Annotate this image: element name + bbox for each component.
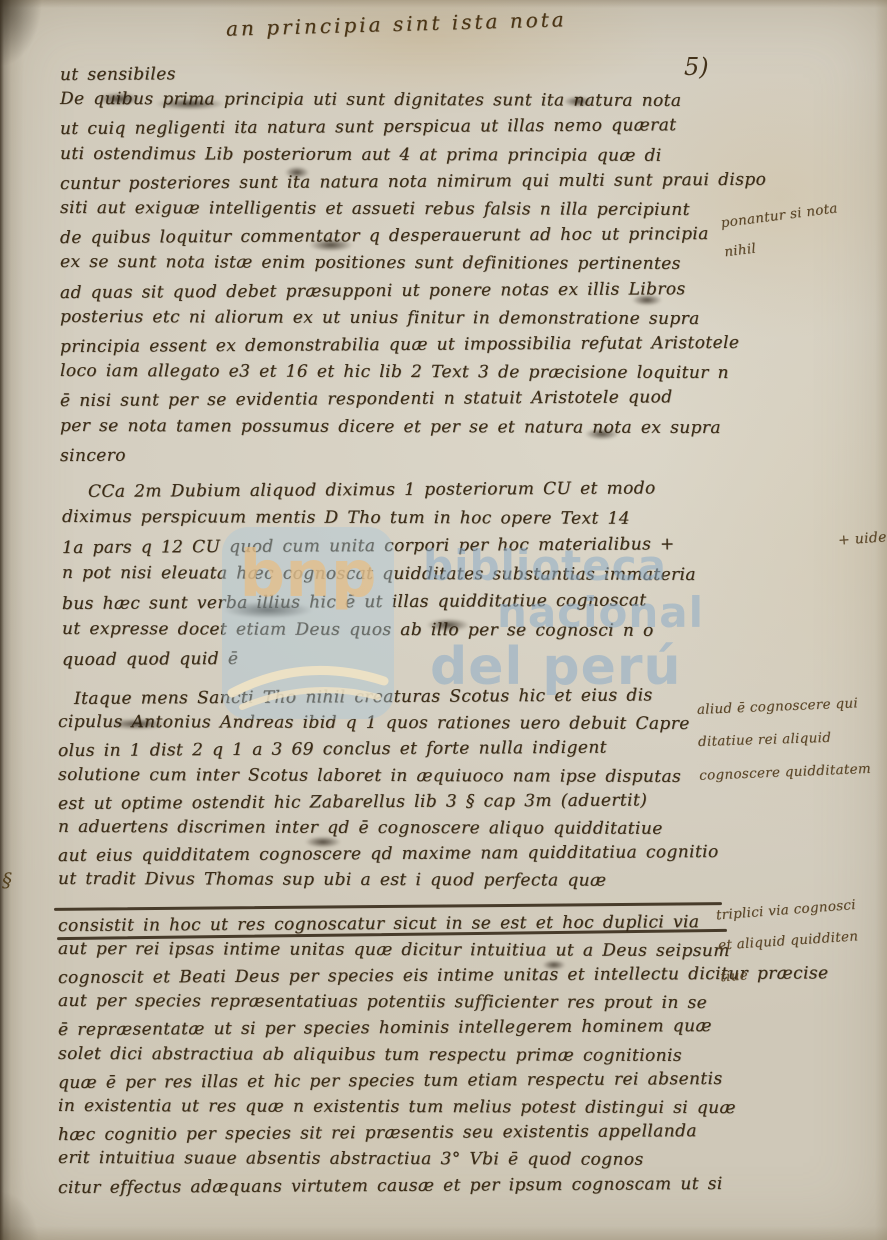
- margin-note-top: ponantur si notanihil: [719, 188, 885, 267]
- manuscript-line: in existentia ut res quæ n existentis tu…: [58, 1093, 728, 1121]
- ink-blot: [626, 292, 668, 308]
- ink-blot: [538, 958, 570, 972]
- manuscript-line: aut per species repræsentatiuas potentii…: [58, 988, 728, 1016]
- ink-blot: [578, 426, 626, 442]
- margin-note-middle: aliud ē cognoscere quiditatiue rei aliqu…: [696, 687, 887, 793]
- manuscript-line: uti ostendimus Lib posteriorum aut 4 at …: [60, 141, 725, 170]
- manuscript-line: loco iam allegato e3 et 16 et hic lib 2 …: [60, 358, 725, 387]
- manuscript-line: de quibus loquitur commentator q despera…: [60, 221, 725, 252]
- manuscript-line: diximus perspicuum mentis D Tho tum in h…: [62, 503, 722, 533]
- manuscript-line: n pot nisi eleuata hæc cognoscat quiddit…: [62, 559, 722, 589]
- manuscript-line: ad quas sit quod debet præsupponi ut pon…: [60, 276, 725, 307]
- manuscript-line: aut eius quidditatem cognoscere qd maxim…: [58, 839, 728, 869]
- manuscript-line: 1a pars q 12 CU quod cum unita corpori p…: [62, 530, 722, 562]
- ink-blot: [88, 90, 150, 108]
- ink-blot: [418, 616, 478, 634]
- manuscript-line: n aduertens discrimen inter qd ē cognosc…: [58, 814, 728, 842]
- manuscript-line: per se nota tamen possumus dicere et per…: [60, 413, 725, 442]
- manuscript-line: solet dici abstractiua ab aliquibus tum …: [58, 1041, 728, 1069]
- ink-blot: [558, 94, 598, 109]
- manuscript-line: Itaque mens Sancti Tho nihil creaturas S…: [58, 682, 728, 712]
- manuscript-line: aut per rei ipsas intime unitas quæ dici…: [58, 936, 728, 964]
- margin-note-vide: + uide: [838, 529, 887, 548]
- ink-blot: [96, 716, 178, 732]
- manuscript-line: CCa 2m Dubium aliquod diximus 1 posterio…: [62, 474, 722, 506]
- manuscript-line: solutione cum inter Scotus laboret in æq…: [58, 762, 728, 790]
- manuscript-line: quoad quod quid ē: [62, 642, 722, 674]
- ink-blot: [142, 96, 238, 112]
- manuscript-line: ē repræsentatæ ut si per species hominis…: [58, 1013, 728, 1043]
- margin-note-line: cognoscere quidditatem: [699, 752, 887, 793]
- manuscript-line: sincero: [60, 439, 725, 470]
- manuscript-line: ut sensibiles: [60, 58, 725, 89]
- manuscript-line: ut expresse docet etiam Deus quos ab ill…: [62, 615, 722, 645]
- manuscript-line: ex se sunt nota istæ enim positiones sun…: [60, 249, 725, 278]
- manuscript-line: citur effectus adæquans virtutem causæ e…: [58, 1171, 728, 1201]
- manuscript-line: quæ ē per res illas et hic per species t…: [58, 1066, 728, 1096]
- main-text-block-2: CCa 2m Dubium aliquod diximus 1 posterio…: [62, 476, 722, 672]
- manuscript-line: posterius etc ni aliorum ex ut unius fin…: [60, 304, 725, 333]
- manuscript-line: olus in 1 dist 2 q 1 a 3 69 conclus et f…: [58, 734, 728, 764]
- manuscript-line: siti aut exiguæ intelligentis et assueti…: [60, 195, 725, 224]
- manuscript-line: cognoscit et Beati Deus per species eis …: [58, 961, 728, 991]
- left-margin-mark: §: [2, 868, 12, 892]
- manuscript-line: ē nisi sunt per se evidentia respondenti…: [60, 384, 725, 415]
- main-text-block-1: ut sensibilesDe quibus prima principia u…: [60, 60, 725, 468]
- ink-blot: [300, 236, 362, 254]
- ink-blot: [280, 164, 314, 181]
- manuscript-line: ut tradit Divus Thomas sup ubi a est i q…: [58, 866, 728, 894]
- ink-blot: [206, 598, 330, 622]
- ink-blot: [298, 834, 348, 850]
- main-text-block-3: Itaque mens Sancti Tho nihil creaturas S…: [58, 684, 728, 1199]
- manuscript-line: cuntur posteriores sunt ita natura nota …: [60, 167, 725, 198]
- manuscript-page-scan: an principia sint ista nota 5) § ut sens…: [0, 0, 887, 1240]
- manuscript-line: est ut optime ostendit hic Zabarellus li…: [58, 787, 728, 817]
- page-title: an principia sint ista nota: [226, 7, 567, 41]
- manuscript-line: erit intuitiua suaue absentis abstractiu…: [58, 1145, 728, 1173]
- manuscript-line: bus hæc sunt verba illius hic ē ut illas…: [62, 586, 722, 618]
- manuscript-line: principia essent ex demonstrabilia quæ u…: [60, 330, 725, 361]
- manuscript-line: hæc cognitio per species sit rei præsent…: [58, 1118, 728, 1148]
- margin-note-bottom: triplici via cognosciet aliquid quiddite…: [715, 888, 887, 993]
- manuscript-line: ut cuiq negligenti ita natura sunt persp…: [60, 112, 725, 143]
